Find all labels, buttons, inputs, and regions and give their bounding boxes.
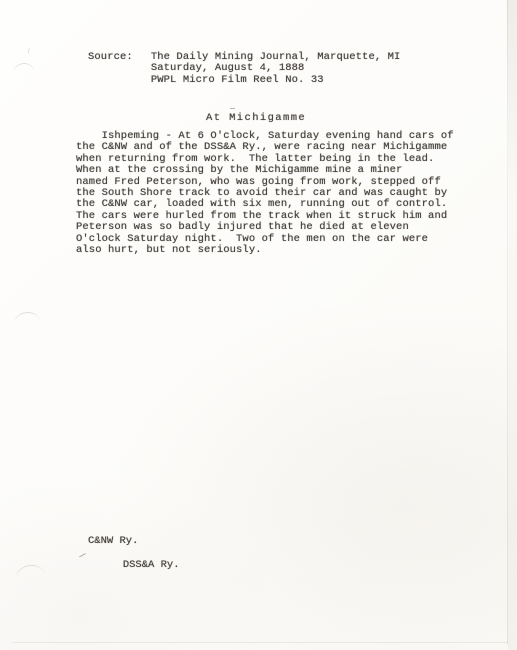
- source-line-date: Saturday, August 4, 1888: [151, 63, 401, 74]
- source-line-reel: PWPL Micro Film Reel No. 33: [151, 75, 401, 86]
- paper-crease-mark: [14, 563, 46, 580]
- body-line: Peterson was so badly injured that he di…: [76, 222, 454, 233]
- source-citation: Source: The Daily Mining Journal, Marque…: [88, 52, 400, 86]
- article-heading: At Michigamme: [206, 112, 306, 124]
- paper-edge-right: [507, 0, 508, 644]
- paper-edge-right-strip: [508, 0, 517, 650]
- railway-note-dssa: DSS&A Ry.: [123, 559, 180, 571]
- railway-note-dssa-row: DSS&A Ry.: [85, 547, 180, 583]
- stray-typewriter-mark: [230, 108, 235, 109]
- pencil-check-mark: [77, 550, 86, 558]
- paper-speck-mark: [27, 48, 32, 55]
- railway-note-cnw: C&NW Ry.: [88, 535, 183, 547]
- source-label: Source:: [88, 52, 133, 86]
- paper-edge-bottom: [12, 642, 508, 643]
- body-line: also hurt, but not seriously.: [76, 245, 454, 256]
- paper-crease-mark: [13, 62, 35, 74]
- paper-crease-mark: [14, 311, 41, 324]
- body-line: When at the crossing by the Michigamme m…: [76, 165, 454, 176]
- article-body: Ishpeming - At 6 O'clock, Saturday eveni…: [76, 131, 454, 256]
- scanned-document-page: Source: The Daily Mining Journal, Marque…: [0, 0, 517, 650]
- railway-notes: C&NW Ry. DSS&A Ry.: [88, 535, 183, 583]
